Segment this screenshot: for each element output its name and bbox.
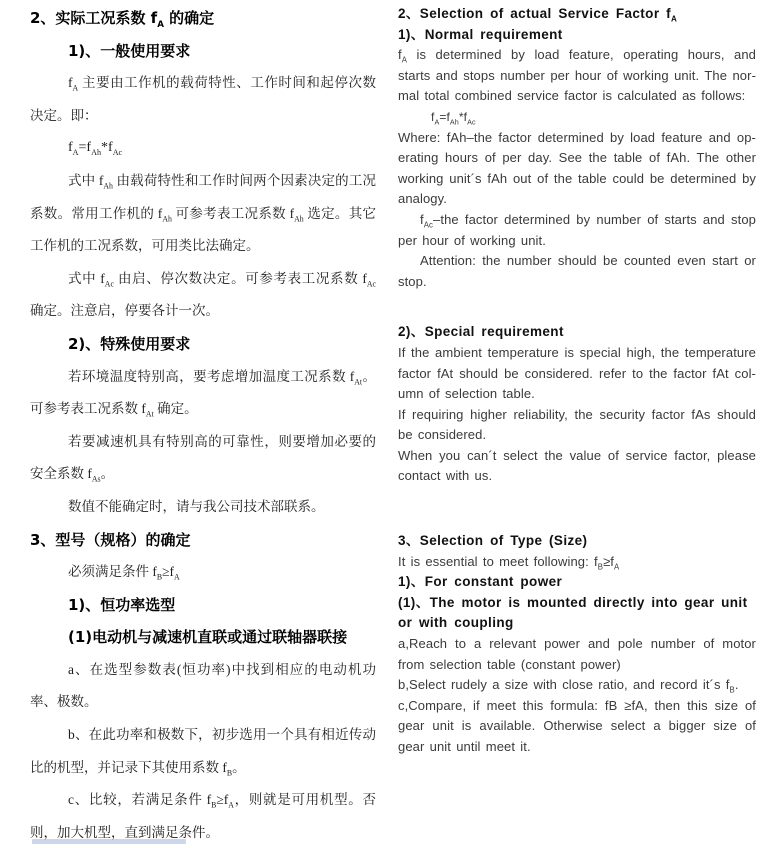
paragraph: fA is determined by load feature, operat… — [398, 45, 756, 107]
subsection-heading: 1)、恒功率选型 — [30, 589, 376, 622]
paragraph: 必须满足条件 fB≥fA — [30, 556, 376, 589]
formula: fA=fAh*fAc — [30, 132, 376, 165]
subsection-heading: 2)、特殊使用要求 — [30, 328, 376, 361]
paragraph: If requiring higher reliability, the sec… — [398, 405, 756, 446]
paragraph: fA 主要由工作机的载荷特性、工作时间和起停次数决定。即： — [30, 67, 376, 132]
section-heading: 3、Selection of Type (Size) — [398, 531, 756, 552]
paragraph: 若环境温度特别高，要考虑增加温度工况系数 fAt。可参考表工况系数 fAt 确定… — [30, 361, 376, 426]
paragraph: 若要减速机具有特别高的可靠性，则要增加必要的安全系数 fAs。 — [30, 426, 376, 491]
paragraph: If the ambient temperature is special hi… — [398, 343, 756, 405]
subsection-heading: 1)、Normal requirement — [398, 25, 756, 46]
paragraph: fAc–the factor determined by number of s… — [398, 210, 756, 251]
subsection-heading: 1)、For constant power — [398, 572, 756, 593]
section-heading: 3、型号（规格）的确定 — [30, 524, 376, 557]
paragraph: b,Select rudely a size with close ratio,… — [398, 675, 756, 696]
paragraph: 式中 fAc 由启、停次数决定。可参考表工况系数 fAc 确定。注意启，停要各计… — [30, 263, 376, 328]
paragraph: a、在选型参数表(恒功率)中找到相应的电动机功率、极数。 — [30, 654, 376, 719]
paragraph: Where: fAh–the factor determined by load… — [398, 128, 756, 210]
subsection-heading: (1)、The motor is mounted directly into g… — [398, 593, 756, 634]
english-column: 2、Selection of actual Service Factor fA1… — [398, 4, 756, 758]
paragraph: When you can´t select the value of servi… — [398, 446, 756, 487]
subsection-heading: (1)电动机与减速机直联或通过联轴器联接 — [30, 621, 376, 654]
scan-artifact-bar — [32, 839, 186, 844]
formula: fA=fAh*fAc — [398, 107, 756, 128]
chinese-column: 2、实际工况系数 fA 的确定1)、一般使用要求fA 主要由工作机的载荷特性、工… — [30, 2, 376, 848]
paragraph: b、在此功率和极数下，初步选用一个具有相近传动比的机型，并记录下其使用系数 fB… — [30, 719, 376, 784]
section-heading: 2、实际工况系数 fA 的确定 — [30, 2, 376, 35]
subsection-heading: 2)、Special requirement — [398, 322, 756, 343]
paragraph: c,Compare, if meet this formula: fB ≥fA,… — [398, 696, 756, 758]
paragraph: 数值不能确定时，请与我公司技术部联系。 — [30, 491, 376, 524]
paragraph: 式中 fAh 由载荷特性和工作时间两个因素决定的工况系数。常用工作机的 fAh … — [30, 165, 376, 263]
paragraph: It is essential to meet following: fB≥fA — [398, 552, 756, 573]
section-heading: 2、Selection of actual Service Factor fA — [398, 4, 756, 25]
subsection-heading: 1)、一般使用要求 — [30, 35, 376, 68]
paragraph: a,Reach to a relevant power and pole num… — [398, 634, 756, 675]
paragraph: Attention: the number should be counted … — [398, 251, 756, 292]
manual-page: 2、实际工况系数 fA 的确定1)、一般使用要求fA 主要由工作机的载荷特性、工… — [0, 0, 780, 848]
